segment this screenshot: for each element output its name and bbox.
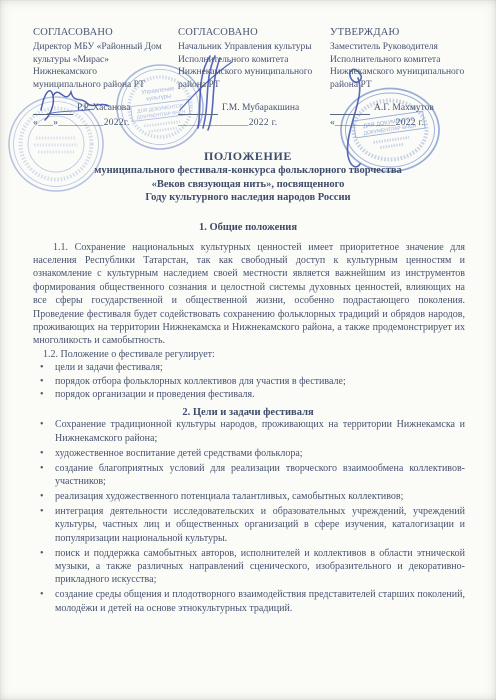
list-item: интеграция деятельности исследовательски… bbox=[33, 505, 465, 545]
paragraph-1-2: 1.2. Положение о фестивале регулирует: bbox=[33, 348, 465, 361]
list-item: реализация художественного потенциала та… bbox=[33, 490, 465, 503]
approver-name: Р.Р. Хасанова bbox=[77, 102, 130, 114]
signature-line: Р.Р. Хасанова bbox=[33, 102, 165, 114]
date-line: «___»_________2022г. bbox=[33, 117, 165, 129]
section-2-heading: 2. Цели и задачи фестиваля bbox=[0, 407, 496, 418]
approval-label: СОГЛАСОВАНО bbox=[33, 27, 165, 39]
doc-type-title: ПОЛОЖЕНИЕ bbox=[0, 149, 496, 164]
approval-role: Директор МБУ «Районный Дом культуры «Мир… bbox=[33, 41, 165, 93]
section-1-body: 1.1. Сохранение национальных культурных … bbox=[33, 241, 465, 402]
approval-block-soglasovano-1: СОГЛАСОВАНО Директор МБУ «Районный Дом к… bbox=[33, 27, 165, 133]
list-item: порядок организации и проведения фестива… bbox=[33, 388, 465, 401]
title-line: «Веков связующая нить», посвященного bbox=[0, 178, 496, 192]
list-item: порядок отбора фольклорных коллективов д… bbox=[33, 375, 465, 388]
title-line: Году культурного наследия народов России bbox=[0, 191, 496, 205]
approver-name: А.Г. Махмутов bbox=[374, 102, 434, 114]
document-title-block: ПОЛОЖЕНИЕ муниципального фестиваля-конку… bbox=[0, 149, 496, 205]
approval-block-utverzhdayu: УТВЕРЖДАЮ Заместитель Руководителя Испол… bbox=[330, 27, 476, 133]
paragraph-1-1: 1.1. Сохранение национальных культурных … bbox=[33, 241, 465, 348]
signature-blank-line bbox=[330, 105, 370, 115]
list-item: цели и задачи фестиваля; bbox=[33, 361, 465, 374]
signature-line: А.Г. Махмутов bbox=[330, 102, 476, 114]
signature-blank-line bbox=[33, 105, 73, 115]
approval-label: СОГЛАСОВАНО bbox=[178, 27, 317, 39]
date-line: «____________2022 г. bbox=[330, 117, 476, 129]
approval-label: УТВЕРЖДАЮ bbox=[330, 27, 476, 39]
list-item: создание благоприятных условий для реали… bbox=[33, 462, 465, 489]
approval-role: Заместитель Руководителя Исполнительного… bbox=[330, 41, 476, 93]
scanned-document-page: СОГЛАСОВАНО Директор МБУ «Районный Дом к… bbox=[0, 0, 496, 700]
approvals-header: СОГЛАСОВАНО Директор МБУ «Районный Дом к… bbox=[33, 27, 482, 133]
signature-blank-line bbox=[178, 105, 218, 115]
list-item: создание среды общения и плодотворного в… bbox=[33, 588, 465, 615]
approval-block-soglasovano-2: СОГЛАСОВАНО Начальник Управления культур… bbox=[178, 27, 317, 133]
section-2-body: Сохранение традиционной культуры народов… bbox=[33, 418, 465, 615]
date-line: ______________2022 г. bbox=[178, 117, 317, 129]
title-line: муниципального фестиваля-конкурса фолькл… bbox=[0, 164, 496, 178]
list-item: художественное воспитание детей средства… bbox=[33, 447, 465, 460]
signature-line: Г.М. Мубаракшина bbox=[178, 102, 317, 114]
approval-role: Начальник Управления культуры Исполнител… bbox=[178, 41, 317, 93]
list-item: поиск и поддержка самобытных авторов, ис… bbox=[33, 547, 465, 587]
approver-name: Г.М. Мубаракшина bbox=[222, 102, 299, 114]
goals-list: Сохранение традиционной культуры народов… bbox=[33, 418, 465, 615]
list-item: Сохранение традиционной культуры народов… bbox=[33, 418, 465, 445]
regulation-scope-list: цели и задачи фестиваля; порядок отбора … bbox=[33, 361, 465, 401]
section-1-heading: 1. Общие положения bbox=[0, 222, 496, 233]
